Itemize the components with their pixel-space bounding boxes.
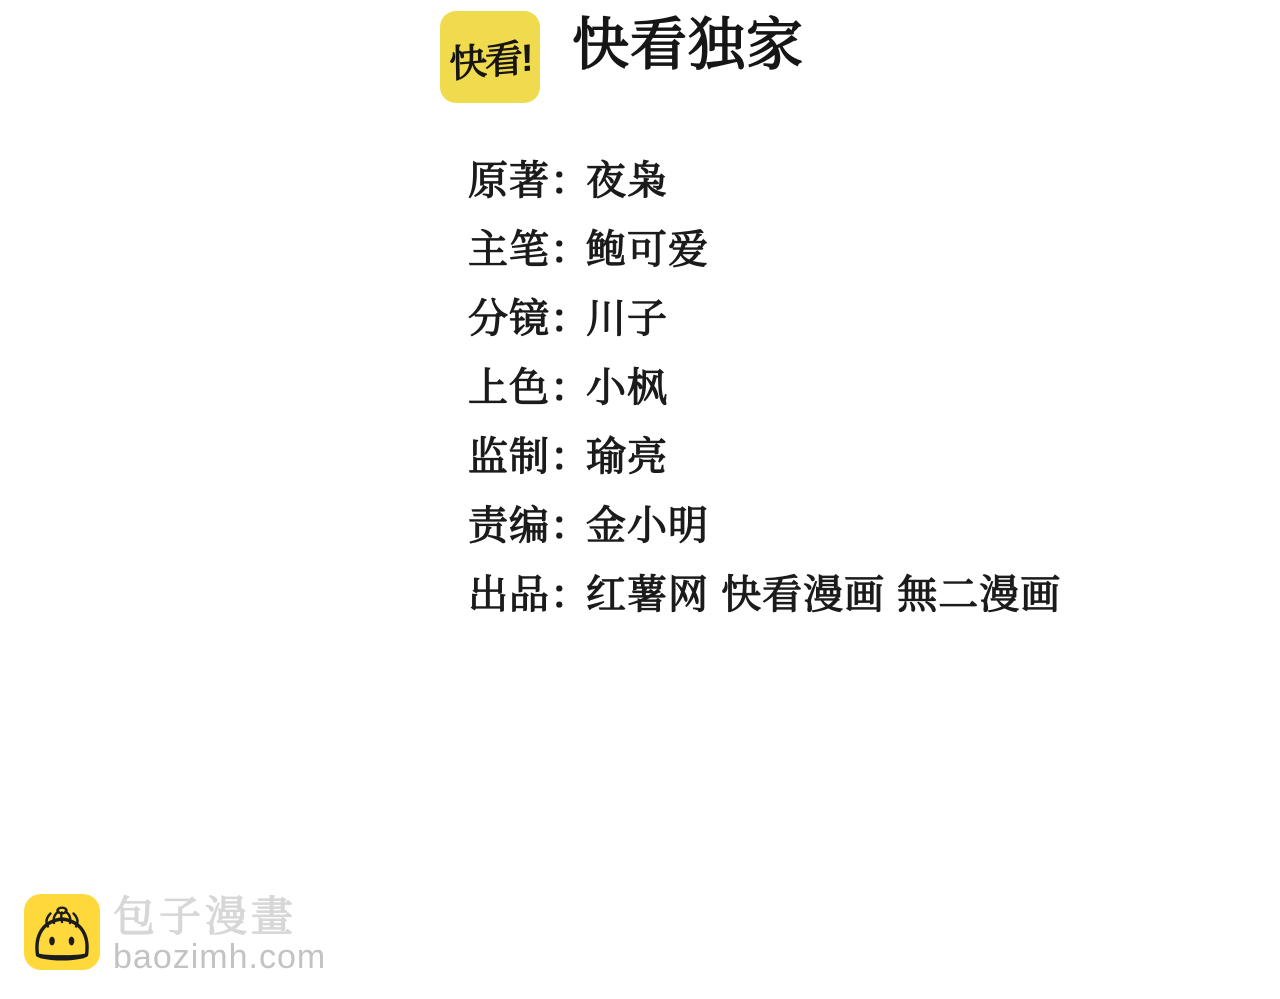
watermark-site-url: baozimh.com bbox=[113, 939, 326, 975]
credit-row: 责编： 金小明 bbox=[468, 488, 1061, 557]
baozi-bun-icon bbox=[23, 893, 101, 971]
page-title: 快看独家 bbox=[572, 12, 804, 78]
credit-role-label: 责编： bbox=[468, 494, 586, 551]
kuaikan-logo-text: 快看! bbox=[448, 26, 531, 88]
credit-row: 主笔： 鲍可爱 bbox=[468, 212, 1061, 281]
credit-role-label: 监制： bbox=[468, 425, 586, 482]
credit-row: 分镜： 川子 bbox=[468, 281, 1061, 350]
comic-credits-page: 快看! 快看独家 原著： 夜枭 主笔： 鲍可爱 分镜： 川子 上色： 小枫 监制… bbox=[0, 0, 1280, 999]
watermark-text: 包子漫畫 baozimh.com bbox=[113, 893, 326, 975]
credit-person-value: 鲍可爱 bbox=[586, 218, 709, 275]
credit-role-label: 分镜： bbox=[468, 287, 586, 344]
credit-person-value: 金小明 bbox=[586, 494, 709, 551]
credit-role-label: 上色： bbox=[468, 356, 586, 413]
credit-person-value: 红薯网 快看漫画 無二漫画 bbox=[586, 563, 1061, 620]
watermark: 包子漫畫 baozimh.com bbox=[23, 893, 326, 975]
watermark-site-name: 包子漫畫 bbox=[113, 895, 326, 939]
credit-role-label: 原著： bbox=[468, 149, 586, 206]
credit-person-value: 夜枭 bbox=[586, 149, 668, 206]
credit-role-label: 出品： bbox=[468, 563, 586, 620]
credit-row: 上色： 小枫 bbox=[468, 350, 1061, 419]
credits-list: 原著： 夜枭 主笔： 鲍可爱 分镜： 川子 上色： 小枫 监制： 瑜亮 责编： … bbox=[468, 143, 1061, 626]
credit-person-value: 川子 bbox=[586, 287, 668, 344]
credit-role-label: 主笔： bbox=[468, 218, 586, 275]
credit-person-value: 小枫 bbox=[586, 356, 668, 413]
credit-row: 监制： 瑜亮 bbox=[468, 419, 1061, 488]
credit-person-value: 瑜亮 bbox=[586, 425, 668, 482]
credit-row: 原著： 夜枭 bbox=[468, 143, 1061, 212]
credit-row: 出品： 红薯网 快看漫画 無二漫画 bbox=[468, 557, 1061, 626]
kuaikan-logo-badge: 快看! bbox=[440, 11, 540, 103]
